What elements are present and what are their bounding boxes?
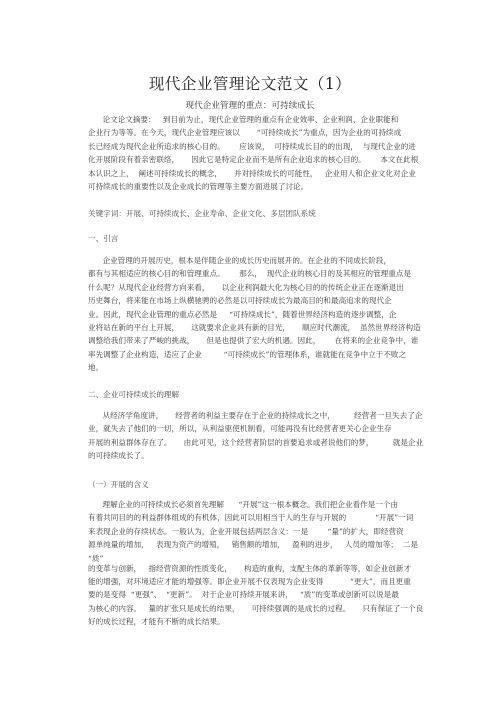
text-line: 开展的利益群体存在了。 由此可见，这个经营者阶层的首要追求或者说他们的梦， 就是… xyxy=(88,436,448,449)
understanding-paragraph: 从经济学角度讲， 经营者的利益主要存在于企业的持续成长之中， 经营者一旦失去了企… xyxy=(88,409,448,463)
document-page: 现代企业管理论文范文（1） 现代企业管理的重点：可持续成长 论文论文摘要： 到目… xyxy=(0,0,500,708)
text-line: 业将站在新的平台上开展， 这就要求企业具有新的目光， 顺应时代潮流， 虽然世界经… xyxy=(88,321,448,334)
text-line: 企业管理的开展历史，根本是伴随企业的成长历史而展开的。在企业的不同成长阶段， xyxy=(88,254,448,267)
intro-paragraph: 企业管理的开展历史，根本是伴随企业的成长历史而展开的。在企业的不同成长阶段， 都… xyxy=(88,254,448,375)
text-line: 化开展阶段有着亲密联络， 因此它是特定企业而不是所有企业追求的核心目的。 本文在… xyxy=(88,153,448,166)
text-line: 的变革与创新， 指经营资源的性质变化， 构造的重构，支配主体的革新等等，如企业创… xyxy=(88,562,448,575)
text-line: 能的增强，对环境适应才能的增强等。即企业开展不仅表现为企业变得 “更大”，而且更… xyxy=(88,575,448,588)
text-line: 有着共同目的的利益群体组成的有机体，因此可以用相当于人的生存与开展的 “开展”一… xyxy=(88,511,448,524)
text-line: 为核心的内容。 量的扩张只是成长的结果， 可持续强调的是成长的过程。 只有保证了… xyxy=(88,602,448,615)
text-line: 调整给我们带来了严峻的挑战， 但是也提供了宏大的机遇。因此， 在将来的企业竞争中… xyxy=(88,334,448,347)
text-line: 率先调整了企业构造，适应了企业 “可持续成长”的管理体系，谁就能在竞争中立于不败… xyxy=(88,348,448,361)
document-title: 现代企业管理论文范文（1） xyxy=(0,72,500,94)
meaning-paragraph: 理解企业的可持续成长必须首先理解 “开展”这一根本概念。我们把企业看作是一个由 … xyxy=(88,498,448,629)
text-line: 的可持续成长了。 xyxy=(88,449,448,462)
text-line: 理解企业的可持续成长必须首先理解 “开展”这一根本概念。我们把企业看作是一个由 xyxy=(88,498,448,511)
text-line: 业，就失去了他们的一切，所以，从利益驱使机制看，可能再没有比经营者更关心企业生存 xyxy=(88,422,448,435)
text-line: 地。 xyxy=(88,361,448,374)
text-line: 论文论文摘要： 到目前为止，现代企业管理的重点有企业效率、企业利润、企业职能和 xyxy=(88,113,448,126)
text-line: 源单纯量的增加， 表现为资产的增殖， 销售额的增加， 盈利的进步， 人员的增加等… xyxy=(88,538,448,551)
keywords: 关键字词：开展、可持续成长、企业寿命、企业文化、多层团队系统 xyxy=(88,208,316,219)
text-line: 都有与其相适应的核心目的和管理重点。 那么， 现代企业的核心目的及其相应的管理重… xyxy=(88,267,448,280)
subsection-heading-meaning: （一）开展的含义 xyxy=(88,479,149,490)
section-heading-intro: 一、引言 xyxy=(88,233,118,244)
text-line: 可持续成长的重要性以及企业成长的管理等主要方面进展了讨论。 xyxy=(88,180,448,193)
text-line: 好的成长过程，才能有不断的成长结果。 xyxy=(88,615,448,628)
text-line: 企业行为等等。在今天，现代企业管理应该以 “可持续成长”为重点，因为企业的可持续… xyxy=(88,126,448,139)
section-heading-understanding: 二、企业可持续成长的理解 xyxy=(88,389,179,400)
text-line: “质” xyxy=(88,552,448,562)
text-line: 来表现企业的存续状态。一般认为，企业开展包括两层含义：一是 “量”的扩大，即经营… xyxy=(88,525,448,538)
text-line: 什么呢？从现代企业经营方向来看， 以企业利润最大化为核心目的的传统企业正在逐渐退… xyxy=(88,281,448,294)
text-line: 长已经成为现代企业所追求的核心目的。 应该说， 可持续成长目的的出现， 与现代企… xyxy=(88,140,448,153)
abstract-paragraph: 论文论文摘要： 到目前为止，现代企业管理的重点有企业效率、企业利润、企业职能和 … xyxy=(88,113,448,193)
text-line: 本认识之上， 阐述可持续成长的概念， 并对持续成长的可能性， 企业用人和企业文化… xyxy=(88,167,448,180)
text-line: 要的是变得 “更强”、 “更新”。 对于企业可持续开展来讲， “质”的变革或创新… xyxy=(88,588,448,601)
text-line: 从经济学角度讲， 经营者的利益主要存在于企业的持续成长之中， 经营者一旦失去了企 xyxy=(88,409,448,422)
text-line: 历史舞台，将来能在市场上纵横驰骋的必然是以可持续成长为最高目的和最高追求的现代企 xyxy=(88,294,448,307)
document-subtitle: 现代企业管理的重点：可持续成长 xyxy=(0,99,500,111)
text-line: 业。因此，现代企业管理的重点必然是 “可持续成长”，随着世界经济构造的逐步调整，… xyxy=(88,308,448,321)
